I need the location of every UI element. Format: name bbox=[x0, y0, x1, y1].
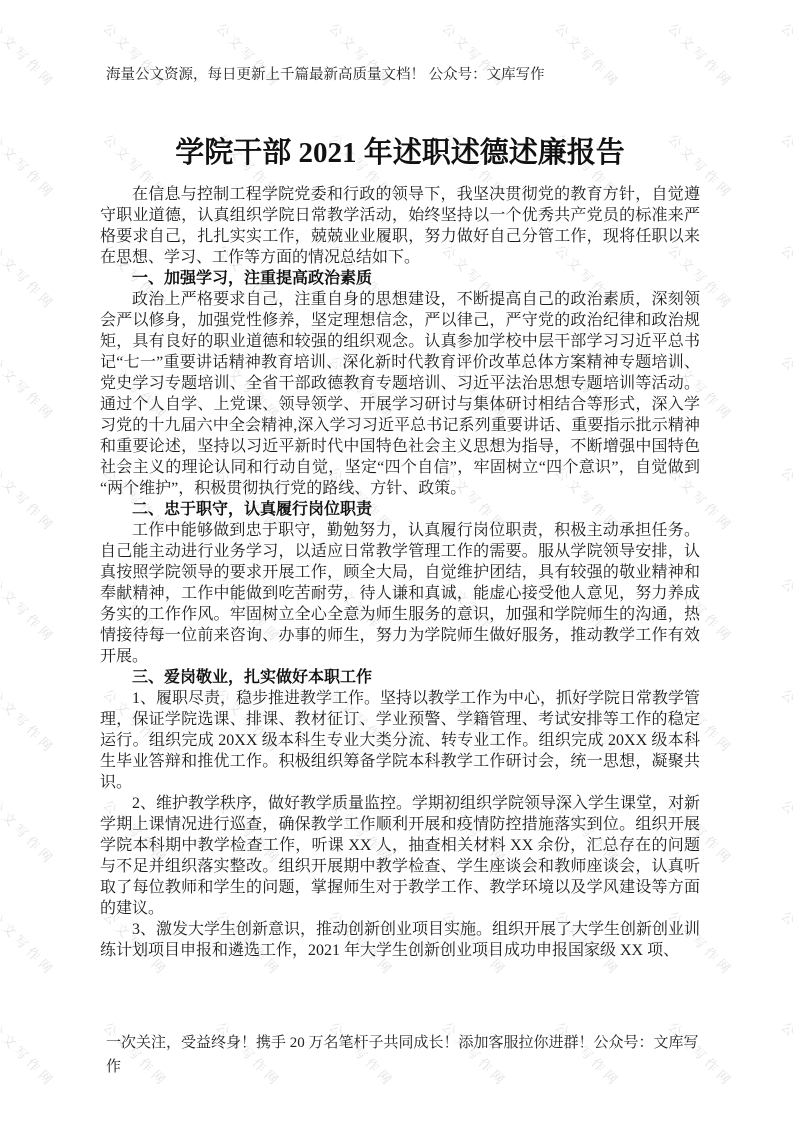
watermark-tile: 公文写作网 bbox=[0, 351, 60, 425]
watermark-tile: 公文写作网 bbox=[0, 795, 60, 869]
document-title: 学院干部 2021 年述职述德述廉报告 bbox=[100, 134, 700, 172]
intro-paragraph: 在信息与控制工程学院党委和行政的领导下，我坚决贯彻党的教育方针，自觉遵守职业道德… bbox=[100, 184, 700, 268]
watermark-tile: 公文写作网 bbox=[778, 573, 793, 647]
section-2-heading: 二、忠于职守，认真履行岗位职责 bbox=[100, 499, 700, 520]
header-promo-text: 海量公文资源，每日更新上千篇最新高质量文档！ 公众号：文库写作 bbox=[106, 64, 726, 86]
section-1-heading: 一、加强学习，注重提高政治素质 bbox=[100, 268, 700, 289]
watermark-tile: 公文写作网 bbox=[0, 573, 60, 647]
watermark-tile: 公文写作网 bbox=[0, 684, 60, 758]
watermark-tile: 公文写作网 bbox=[0, 18, 60, 92]
watermark-tile: 公文写作网 bbox=[0, 906, 60, 980]
watermark-tile: 公文写作网 bbox=[0, 129, 60, 203]
footer-promo-text: 一次关注，受益终身！携手 20 万名笔杆子共同成长！添加客服拉你进群！公众号：文… bbox=[106, 1031, 706, 1079]
watermark-tile: 公文写作网 bbox=[778, 18, 793, 92]
section-3-paragraph-3: 3、激发大学生创新意识，推动创新创业项目实施。组织开展了大学生创新创业训练计划项… bbox=[100, 919, 700, 961]
section-3-heading: 三、爱岗敬业，扎实做好本职工作 bbox=[100, 667, 700, 688]
watermark-tile: 公文写作网 bbox=[0, 462, 60, 536]
watermark-tile: 公文写作网 bbox=[778, 129, 793, 203]
document-body: 学院干部 2021 年述职述德述廉报告 在信息与控制工程学院党委和行政的领导下，… bbox=[100, 134, 700, 961]
document-page: 公文写作网公文写作网公文写作网公文写作网公文写作网公文写作网公文写作网公文写作网… bbox=[0, 0, 793, 1122]
section-1-paragraph: 政治上严格要求自己，注重自身的思想建设，不断提高自己的政治素质，深刻领会严以修身… bbox=[100, 289, 700, 499]
watermark-tile: 公文写作网 bbox=[778, 240, 793, 314]
watermark-tile: 公文写作网 bbox=[778, 462, 793, 536]
watermark-tile: 公文写作网 bbox=[778, 906, 793, 980]
watermark-tile: 公文写作网 bbox=[778, 684, 793, 758]
watermark-tile: 公文写作网 bbox=[778, 1017, 793, 1091]
section-3-paragraph-2: 2、维护教学秩序，做好教学质量监控。学期初组织学院领导深入学生课堂，对新学期上课… bbox=[100, 793, 700, 919]
section-3-paragraph-1: 1、履职尽责，稳步推进教学工作。坚持以教学工作为中心，抓好学院日常教学管理，保证… bbox=[100, 688, 700, 793]
section-2-paragraph: 工作中能够做到忠于职守，勤勉努力，认真履行岗位职责，积极主动承担任务。自己能主动… bbox=[100, 520, 700, 667]
watermark-tile: 公文写作网 bbox=[0, 240, 60, 314]
watermark-tile: 公文写作网 bbox=[778, 795, 793, 869]
watermark-tile: 公文写作网 bbox=[0, 1017, 60, 1091]
watermark-tile: 公文写作网 bbox=[778, 351, 793, 425]
